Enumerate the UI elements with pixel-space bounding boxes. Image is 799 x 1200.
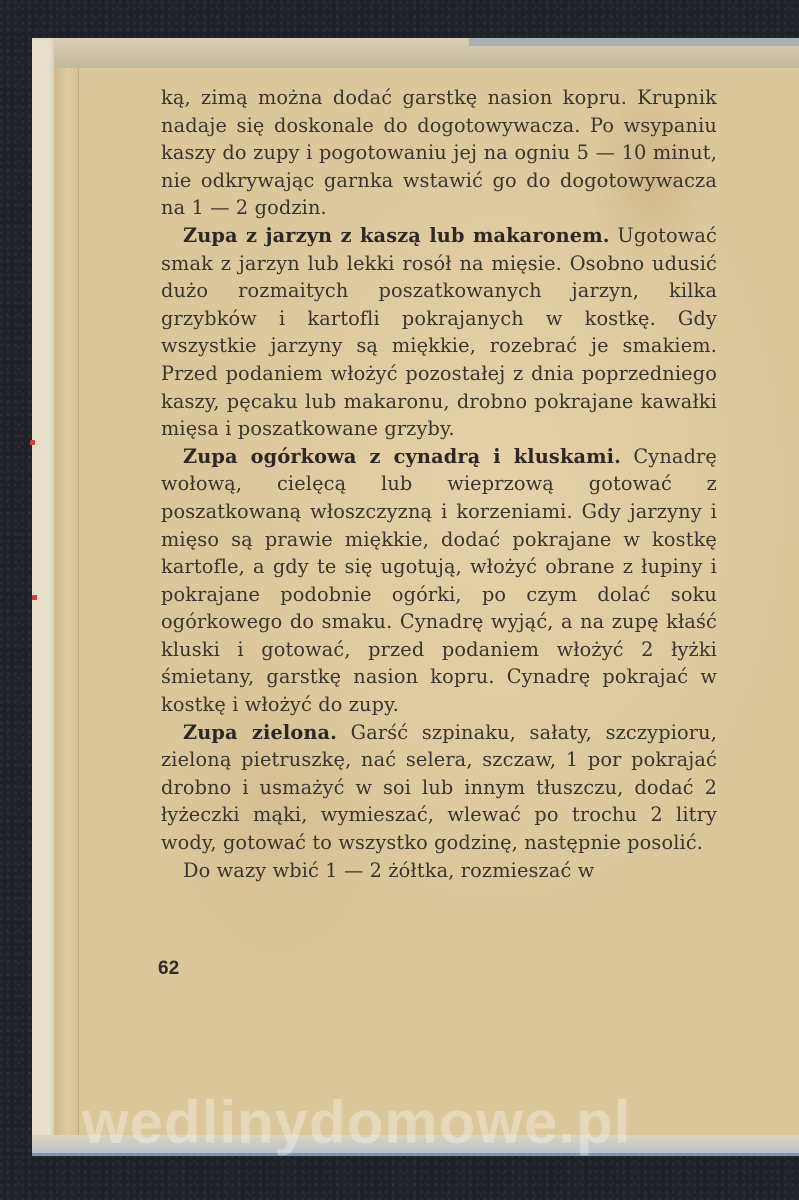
recipe-paragraph: Zupa ogórkowa z cynadrą i kluskami. Cyna… bbox=[161, 443, 717, 719]
silver-tape bbox=[469, 38, 799, 46]
recipe-paragraph: Zupa z jarzyn z kaszą lub makaronem. Ugo… bbox=[161, 222, 717, 443]
recipe-paragraph: Zupa zielona. Garść szpinaku, sałaty, sz… bbox=[161, 719, 717, 857]
left-tape-strip bbox=[32, 38, 54, 1150]
top-tape-strip bbox=[32, 38, 799, 70]
paragraph-continued: ką, zimą można dodać garstkę nasion kopr… bbox=[161, 84, 717, 222]
page-number: 62 bbox=[158, 958, 179, 980]
watermark: wedlinydomowe.pl bbox=[82, 1088, 631, 1157]
red-mark bbox=[30, 440, 35, 445]
paragraph-text: ką, zimą można dodać garstkę nasion kopr… bbox=[161, 86, 717, 219]
page-gutter bbox=[54, 68, 79, 1136]
page-text: ką, zimą można dodać garstkę nasion kopr… bbox=[161, 84, 717, 884]
recipe-heading: Zupa zielona. bbox=[183, 721, 337, 744]
paragraph-text: Ugotować smak z jarzyn lub lekki rosół n… bbox=[161, 224, 717, 440]
red-mark bbox=[32, 595, 37, 600]
recipe-heading: Zupa ogórkowa z cynadrą i kluskami. bbox=[183, 445, 621, 468]
recipe-heading: Zupa z jarzyn z kaszą lub makaronem. bbox=[183, 224, 610, 247]
paragraph-text: Cynadrę wołową, cielęcą lub wieprzową go… bbox=[161, 445, 717, 716]
paragraph-text: Do wazy wbić 1 — 2 żółtka, rozmieszać w bbox=[183, 859, 594, 882]
recipe-paragraph: Do wazy wbić 1 — 2 żółtka, rozmieszać w bbox=[161, 857, 717, 885]
